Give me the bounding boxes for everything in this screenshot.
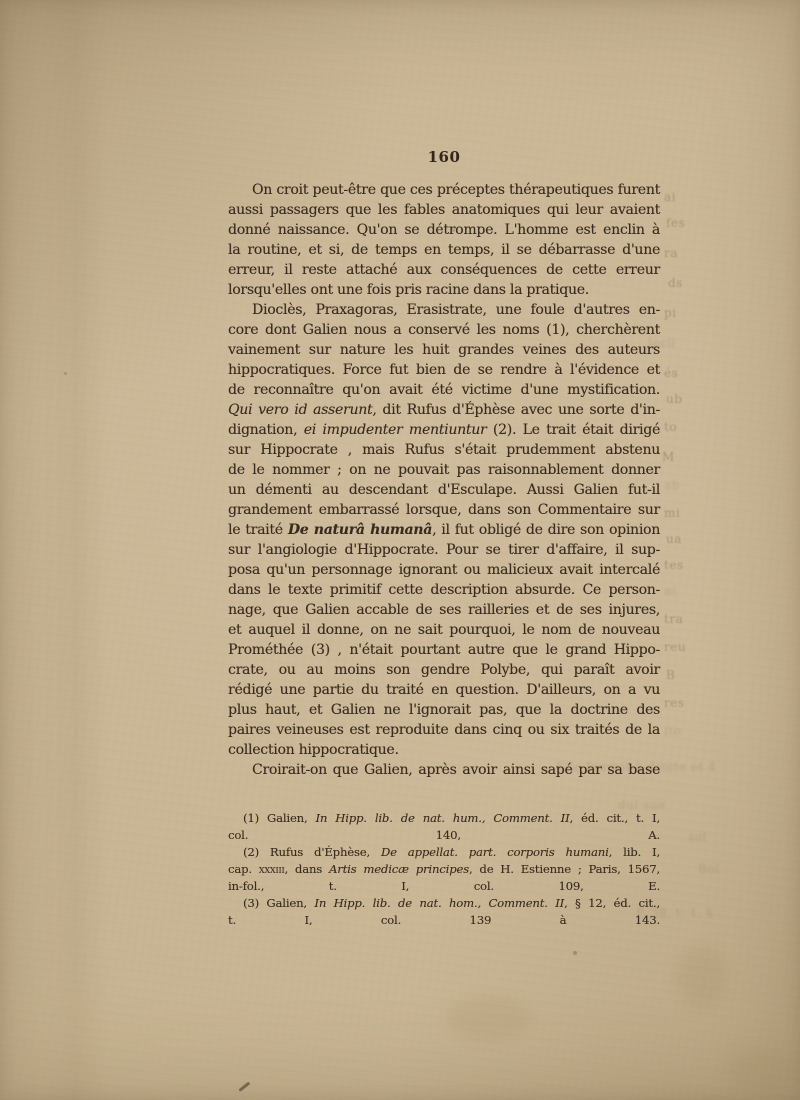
text-line: t. I, col. 139 à 143. [228,912,660,929]
text-line: Croirait-on que Galien, après avoir ains… [228,760,660,780]
text-segment: , de H. Estienne ; Paris, 1567, [469,862,660,876]
show-through-text: ab [664,478,680,492]
emphasized-text: De naturâ humanâ [288,522,432,538]
text-line: On croit peut-être que ces préceptes thé… [228,180,660,200]
text-segment: , il fut obligé de dire son opinion [432,522,660,538]
show-through-text: és [664,366,678,380]
show-through-text: ra [664,246,678,260]
text-line: Dioclès, Praxagoras, Erasistrate, une fo… [228,300,660,320]
page-number: 160 [228,148,660,166]
text-line: sur l'angiologie d'Hippocrate. Pour se t… [228,540,660,560]
text-segment: de le nommer ; on ne pouvait pas raisonn… [228,462,660,478]
text-line: erreur, il reste attaché aux conséquence… [228,260,660,280]
text-line: sur Hippocrate , mais Rufus s'était prud… [228,440,660,460]
paragraph: On croit peut-être que ces préceptes thé… [228,180,660,300]
text-segment: hippocratiques. Force fut bien de se ren… [228,362,660,378]
ink-speck [573,951,577,955]
emphasized-text: xxxiii [259,862,285,876]
text-line: dans le texte primitif cette description… [228,580,660,600]
text-line: in-fol., t. I, col. 109, E. [228,878,660,895]
text-line: hippocratiques. Force fut bien de se ren… [228,360,660,380]
paper-stain [726,1048,790,1090]
text-line: dignation, ei impudenter mentiuntur (2).… [228,420,660,440]
text-segment: , dit Rufus d'Éphèse avec une sorte d'in… [372,402,660,418]
text-segment: (3) Galien, [243,896,314,910]
paper-stain [447,995,531,1041]
emphasized-text: In Hipp. lib. de nat. hum., Comment. II [316,811,570,825]
text-segment: Croirait-on que Galien, après avoir ains… [252,762,660,778]
text-segment: sur Hippocrate , mais Rufus s'était prud… [228,442,660,458]
text-segment: nage, que Galien accable de ses railleri… [228,602,660,618]
show-through-text: fes [666,216,685,230]
footnotes: (1) Galien, In Hipp. lib. de nat. hum., … [228,810,660,929]
text-line: de le nommer ; on ne pouvait pas raisonn… [228,460,660,480]
text-segment: rédigé une partie du traité en question.… [228,682,660,698]
text-segment: On croit peut-être que ces préceptes thé… [252,182,660,198]
text-line: de reconnaître qu'on avait été victime d… [228,380,660,400]
text-segment: cap. [228,862,259,876]
text-segment: core dont Galien nous a conservé les nom… [228,322,660,338]
text-line: aussi passagers que les fables anatomiqu… [228,200,660,220]
text-line: paires veineuses est reproduite dans cin… [228,720,660,740]
emphasized-text: Qui vero id asserunt [228,402,372,418]
text-segment: , lib. I, [609,845,660,859]
text-line: (3) Galien, In Hipp. lib. de nat. hom., … [228,895,660,912]
text-segment: erreur, il reste attaché aux conséquence… [228,262,660,278]
text-segment: lorsqu'elles ont une fois pris racine da… [228,282,589,298]
text-segment: collection hippocratique. [228,742,399,758]
show-through-text: sol [688,830,707,844]
text-segment: posa qu'un personnage ignorant ou malici… [228,562,660,578]
text-segment: le traité [228,522,288,538]
text-line: Qui vero id asserunt, dit Rufus d'Éphèse… [228,400,660,420]
emphasized-text: De appellat. part. corporis humani [381,845,609,859]
text-line: (2) Rufus d'Éphèse, De appellat. part. c… [228,844,660,861]
show-through-text: B [666,668,675,682]
text-line: nage, que Galien accable de ses railleri… [228,600,660,620]
text-line: donné naissance. Qu'on se détrompe. L'ho… [228,220,660,240]
paragraph: Croirait-on que Galien, après avoir ains… [228,760,660,780]
show-through-text: M [662,450,675,464]
ink-speck [64,372,67,375]
show-through-text: ds [668,276,683,290]
show-through-text: ito [664,724,681,738]
show-through-text: ai [664,190,676,204]
text-segment: et auquel il donne, on ne sait pourquoi,… [228,622,660,638]
text-segment: un démenti au descendant d'Esculape. Aus… [228,482,660,498]
text-segment: de reconnaître qu'on avait été victime d… [228,382,660,398]
paper-stain [676,946,726,1006]
text-line: posa qu'un personnage ignorant ou malici… [228,560,660,580]
text-line: et auquel il donne, on ne sait pourquoi,… [228,620,660,640]
text-line: plus haut, et Galien ne l'ignorait pas, … [228,700,660,720]
show-through-text: ua [666,532,682,546]
text-segment: crate, ou au moins son gendre Polybe, qu… [228,662,660,678]
footnote: (2) Rufus d'Éphèse, De appellat. part. c… [228,844,660,895]
text-line: vainement sur nature les huit grandes ve… [228,340,660,360]
text-segment: Dioclès, Praxagoras, Erasistrate, une fo… [252,302,660,318]
text-segment: (2). Le trait était dirigé [486,422,660,438]
text-line: Prométhée (3) , n'était pourtant autre q… [228,640,660,660]
footnote: (1) Galien, In Hipp. lib. de nat. hum., … [228,810,660,844]
show-through-text: res [664,696,685,710]
text-line: cap. xxxiii, dans Artis medicæ principes… [228,861,660,878]
text-line: (1) Galien, In Hipp. lib. de nat. hum., … [228,810,660,827]
show-through-text: mi [664,506,680,520]
text-segment: aussi passagers que les fables anatomiqu… [228,202,660,218]
text-line: le traité De naturâ humanâ, il fut oblig… [228,520,660,540]
text-segment: dignation, [228,422,304,438]
emphasized-text: ei impudenter mentiuntur [304,422,487,438]
show-through-text: Bol [698,862,719,876]
footnote: (3) Galien, In Hipp. lib. de nat. hom., … [228,895,660,929]
text-segment: plus haut, et Galien ne l'ignorait pas, … [228,702,660,718]
show-through-text: ni [664,584,677,598]
text-line: collection hippocratique. [228,740,660,760]
show-through-text: tes [664,558,684,572]
text-segment: (1) Galien, [243,811,316,825]
text-segment: grandement embarrassé lorsque, dans son … [228,502,660,518]
text-segment: la routine, et si, de temps en temps, il… [228,242,660,258]
text-line: grandement embarrassé lorsque, dans son … [228,500,660,520]
text-segment: paires veineuses est reproduite dans cin… [228,722,660,738]
text-segment: , § 12, éd. cit., [564,896,660,910]
show-through-text: ub [666,392,682,406]
text-line: col. 140, A. [228,827,660,844]
paragraph: Dioclès, Praxagoras, Erasistrate, une fo… [228,300,660,760]
text-segment: , éd. cit., t. I, [570,811,661,825]
text-line: un démenti au descendant d'Esculape. Aus… [228,480,660,500]
show-through-text: pi [664,306,677,320]
text-segment: dans le texte primitif cette description… [228,582,660,598]
text-segment: donné naissance. Qu'on se détrompe. L'ho… [228,222,660,238]
text-segment: vainement sur nature les huit grandes ve… [228,342,660,358]
show-through-text: tra [664,612,683,626]
ink-speck [238,1082,250,1092]
show-through-text: reu [664,640,686,654]
text-segment: Prométhée (3) , n'était pourtant autre q… [228,642,660,658]
text-block: 160 On croit peut-être que ces préceptes… [228,148,660,929]
text-segment: , dans [285,862,330,876]
text-line: rédigé une partie du traité en question.… [228,680,660,700]
text-segment: col. 140, A. [228,828,660,842]
text-segment: in-fol., t. I, col. 109, E. [228,879,660,893]
text-line: la routine, et si, de temps en temps, il… [228,240,660,260]
text-line: lorsqu'elles ont une fois pris racine da… [228,280,660,300]
body-text: On croit peut-être que ces préceptes thé… [228,180,660,780]
show-through-text: to [664,420,677,434]
emphasized-text: Artis medicæ principes [329,862,469,876]
text-segment: t. I, col. 139 à 143. [228,913,660,927]
emphasized-text: In Hipp. lib. de nat. hom., Comment. II [314,896,564,910]
binding-gutter-shade [40,0,110,1100]
book-page-scan: { "page": { "number": "160", "paper_colo… [0,0,800,1100]
text-segment: sur l'angiologie d'Hippocrate. Pour se t… [228,542,660,558]
text-line: core dont Galien nous a conservé les nom… [228,320,660,340]
text-line: crate, ou au moins son gendre Polybe, qu… [228,660,660,680]
text-segment: (2) Rufus d'Éphèse, [243,845,381,859]
